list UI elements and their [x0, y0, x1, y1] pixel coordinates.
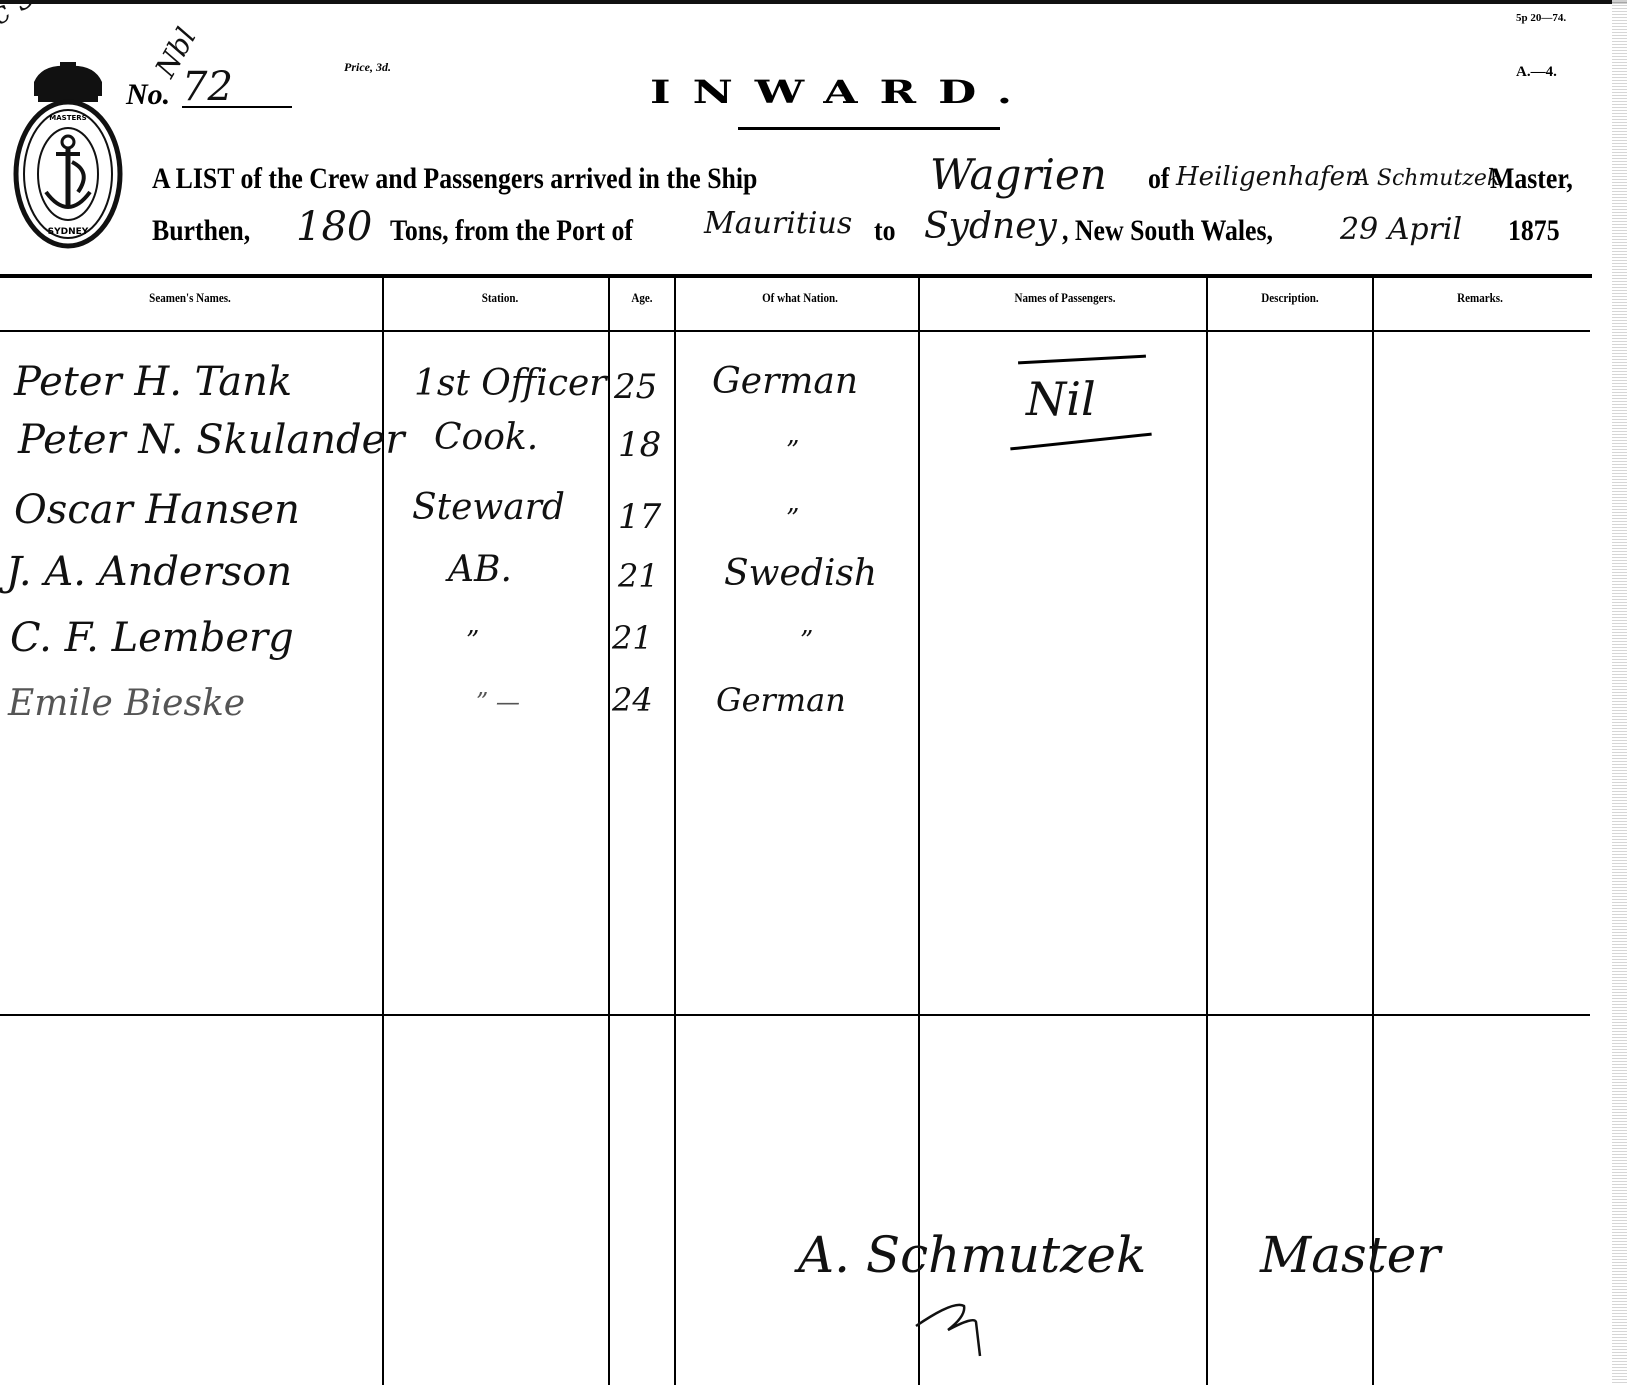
seaman-age: 21	[612, 622, 653, 654]
signature-flourish-icon	[914, 1300, 1024, 1360]
seaman-nation: German	[716, 684, 846, 716]
seaman-station: Cook.	[434, 420, 538, 456]
passengers-value: Nil	[1026, 372, 1096, 426]
title-underline	[738, 127, 1000, 130]
col-header-description: Description.	[1222, 290, 1358, 306]
nsw-label: , New South Wales,	[1062, 214, 1273, 248]
seaman-station: 1st Officer	[414, 366, 607, 402]
form-code: 5p 20—74.	[1516, 12, 1566, 24]
shipping-masters-seal-icon: SYDNEY MASTERS	[12, 62, 124, 250]
annotation-initials: ac	[0, 0, 17, 42]
annotation-date: 3.5.75	[7, 0, 106, 19]
table-header-rule	[0, 330, 1590, 332]
arrival-year: 1875	[1508, 214, 1560, 248]
burthen-label: Burthen,	[152, 214, 250, 248]
col-header-remarks: Remarks.	[1395, 290, 1565, 306]
scan-top-border	[0, 0, 1627, 4]
svg-text:SYDNEY: SYDNEY	[48, 227, 89, 237]
column-divider	[608, 276, 610, 1385]
seaman-station: Steward	[412, 490, 565, 526]
seaman-station: ” —	[476, 690, 520, 714]
nil-bracket-top	[1018, 355, 1146, 365]
seaman-nation: ”	[800, 628, 813, 654]
scan-right-edge	[1612, 0, 1627, 1385]
table-top-rule	[0, 274, 1592, 278]
arrival-date: 29 April	[1340, 212, 1462, 247]
seaman-name: Peter H. Tank	[14, 362, 292, 402]
intro-line-1: A LIST of the Crew and Passengers arrive…	[152, 162, 757, 196]
number-value: 72	[182, 68, 292, 108]
from-port: Mauritius	[704, 206, 852, 241]
seaman-nation: Swedish	[724, 556, 877, 592]
column-divider	[918, 276, 920, 1385]
tons-label: Tons, from the Port of	[390, 214, 633, 248]
price-label: Price, 3d.	[344, 60, 391, 75]
col-header-seamen-names: Seamen's Names.	[80, 290, 301, 306]
column-divider	[1206, 276, 1208, 1385]
seaman-age: 21	[618, 560, 659, 592]
seaman-age: 18	[618, 428, 661, 462]
seaman-station: AB.	[448, 552, 512, 588]
ship-name: Wagrien	[930, 150, 1107, 199]
seaman-name: J. A. Anderson	[6, 552, 292, 592]
column-divider	[1372, 276, 1374, 1385]
nil-bracket-bottom	[1010, 433, 1152, 451]
document-title: INWARD.	[650, 74, 1034, 111]
master-name: A Schmutzek	[1354, 166, 1500, 191]
svg-text:MASTERS: MASTERS	[49, 114, 86, 122]
seaman-name: C. F. Lemberg	[10, 618, 294, 658]
seaman-station: ”	[466, 628, 479, 654]
seaman-name: Peter N. Skulander	[18, 420, 404, 460]
master-label: Master,	[1490, 162, 1573, 196]
seaman-name: Emile Bieske	[8, 686, 245, 722]
home-port: Heiligenhafen	[1176, 162, 1362, 192]
master-signature: A. Schmutzek	[798, 1226, 1146, 1284]
seaman-nation: ”	[786, 506, 799, 532]
seaman-nation: ”	[786, 438, 799, 464]
table-mid-rule	[0, 1014, 1590, 1016]
seaman-age: 17	[618, 500, 661, 534]
col-header-nation: Of what Nation.	[707, 290, 894, 306]
col-header-passengers: Names of Passengers.	[950, 290, 1180, 306]
seaman-age: 25	[614, 370, 657, 404]
seaman-name: Oscar Hansen	[14, 490, 300, 530]
burthen-value: 180	[296, 204, 372, 250]
col-header-age: Age.	[617, 290, 668, 306]
of-label: of	[1148, 162, 1170, 196]
signature-role: Master	[1260, 1226, 1440, 1284]
to-port: Sydney	[924, 206, 1057, 247]
column-divider	[674, 276, 676, 1385]
number-label: No.	[126, 78, 170, 112]
col-header-station: Station.	[415, 290, 585, 306]
to-label: to	[874, 214, 896, 248]
seaman-nation: German	[712, 364, 858, 400]
form-letter: A.—4.	[1516, 64, 1557, 81]
seaman-age: 24	[612, 684, 653, 716]
